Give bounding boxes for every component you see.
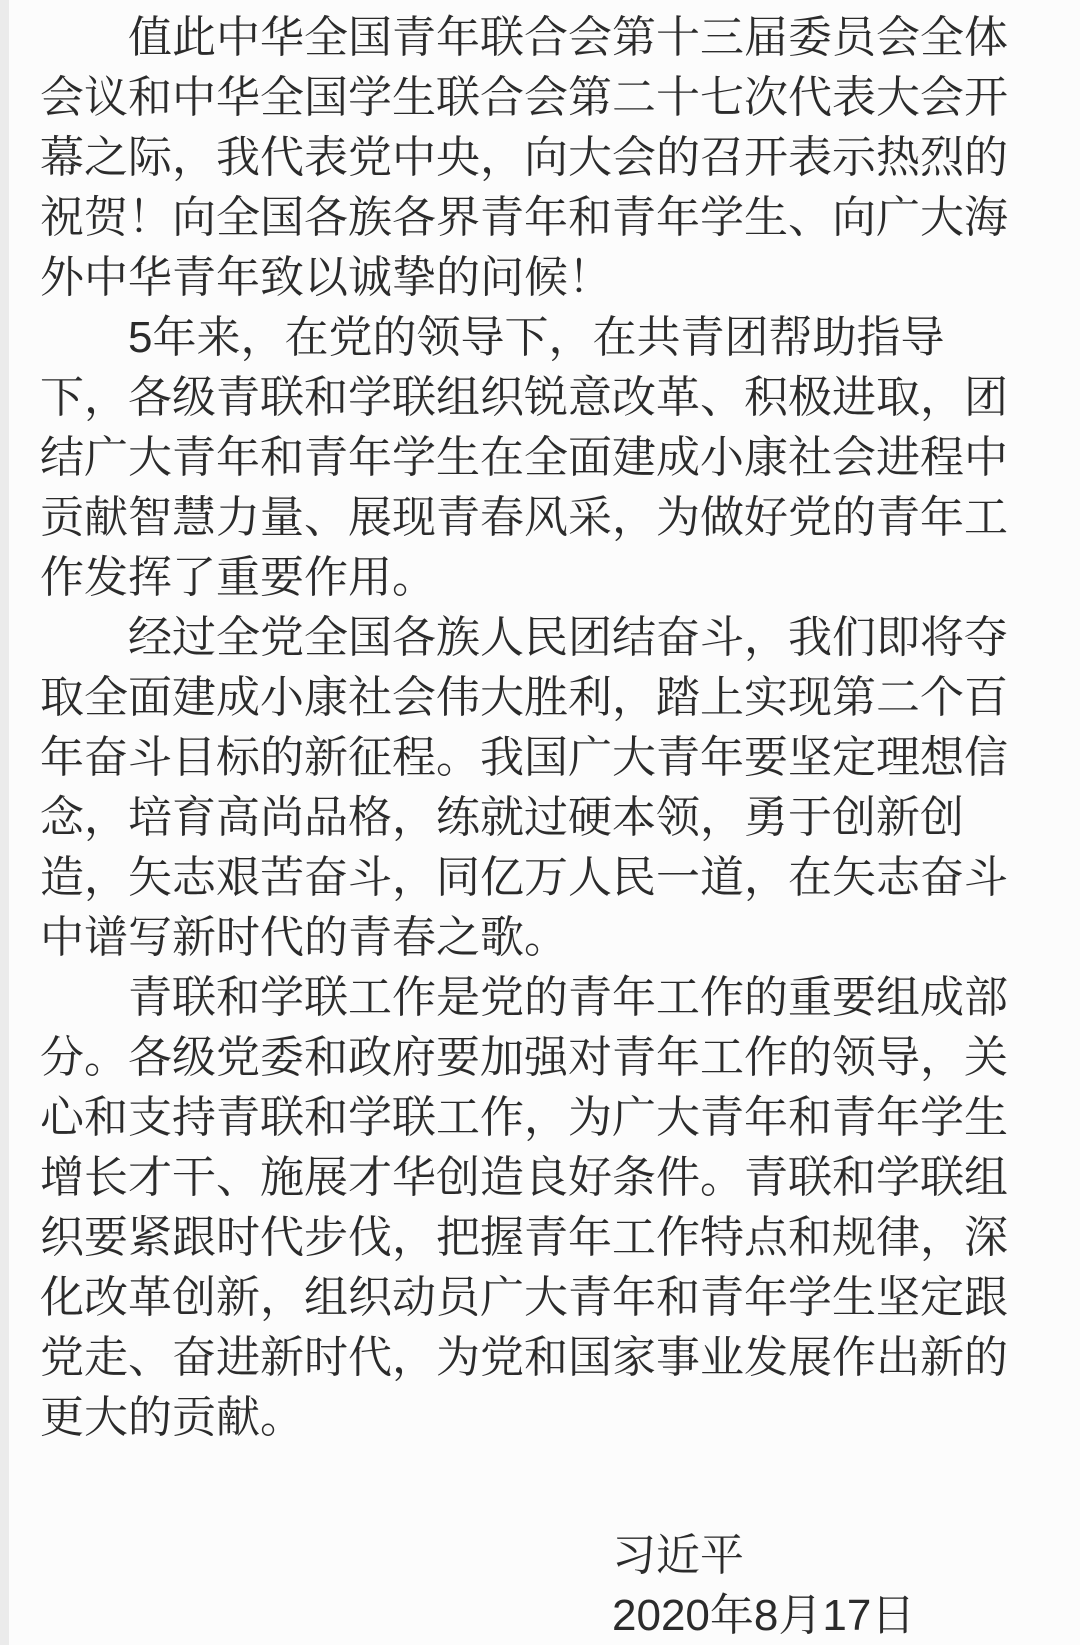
text-line: 取全面建成小康社会伟大胜利，踏上实现第二个百: [40, 668, 1050, 728]
text-line: 造，矢志艰苦奋斗，同亿万人民一道，在矢志奋斗: [40, 848, 1050, 908]
text-line: 心和支持青联和学联工作，为广大青年和青年学生: [40, 1088, 1050, 1148]
text-line: 更大的贡献。: [40, 1388, 1050, 1448]
text-line: 中谱写新时代的青春之歌。: [40, 908, 1050, 968]
text-line: 作发挥了重要作用。: [40, 548, 1050, 608]
text-line: 5年来，在党的领导下，在共青团帮助指导: [40, 308, 1050, 368]
signature-name: 习近平: [612, 1526, 1080, 1586]
text-line: 分。各级党委和政府要加强对青年工作的领导，关: [40, 1028, 1050, 1088]
text-line: 会议和中华全国学生联合会第二十七次代表大会开: [40, 68, 1050, 128]
text-line: 值此中华全国青年联合会第十三届委员会全体: [40, 8, 1050, 68]
text-line: 党走、奋进新时代，为党和国家事业发展作出新的: [40, 1328, 1050, 1388]
text-line: 织要紧跟时代步伐，把握青年工作特点和规律，深: [40, 1208, 1050, 1268]
left-edge-shadow: [0, 0, 9, 1645]
text-line: 化改革创新，组织动员广大青年和青年学生坚定跟: [40, 1268, 1050, 1328]
text-line: 结广大青年和青年学生在全面建成小康社会进程中: [40, 428, 1050, 488]
text-line: 下，各级青联和学联组织锐意改革、积极进取，团: [40, 368, 1050, 428]
text-line: 贡献智慧力量、展现青春风采，为做好党的青年工: [40, 488, 1050, 548]
text-line: 幕之际，我代表党中央，向大会的召开表示热烈的: [40, 128, 1050, 188]
document-body: 值此中华全国青年联合会第十三届委员会全体会议和中华全国学生联合会第二十七次代表大…: [0, 0, 1080, 1448]
text-line: 年奋斗目标的新征程。我国广大青年要坚定理想信: [40, 728, 1050, 788]
text-line: 经过全党全国各族人民团结奋斗，我们即将夺: [40, 608, 1050, 668]
signature-block: 习近平 2020年8月17日: [612, 1526, 1080, 1645]
text-line: 念，培育高尚品格，练就过硬本领，勇于创新创: [40, 788, 1050, 848]
text-line: 外中华青年致以诚挚的问候！: [40, 248, 1050, 308]
signature-date: 2020年8月17日: [612, 1586, 1080, 1645]
text-line: 祝贺！向全国各族各界青年和青年学生、向广大海: [40, 188, 1050, 248]
text-line: 增长才干、施展才华创造良好条件。青联和学联组: [40, 1148, 1050, 1208]
text-line: 青联和学联工作是党的青年工作的重要组成部: [40, 968, 1050, 1028]
